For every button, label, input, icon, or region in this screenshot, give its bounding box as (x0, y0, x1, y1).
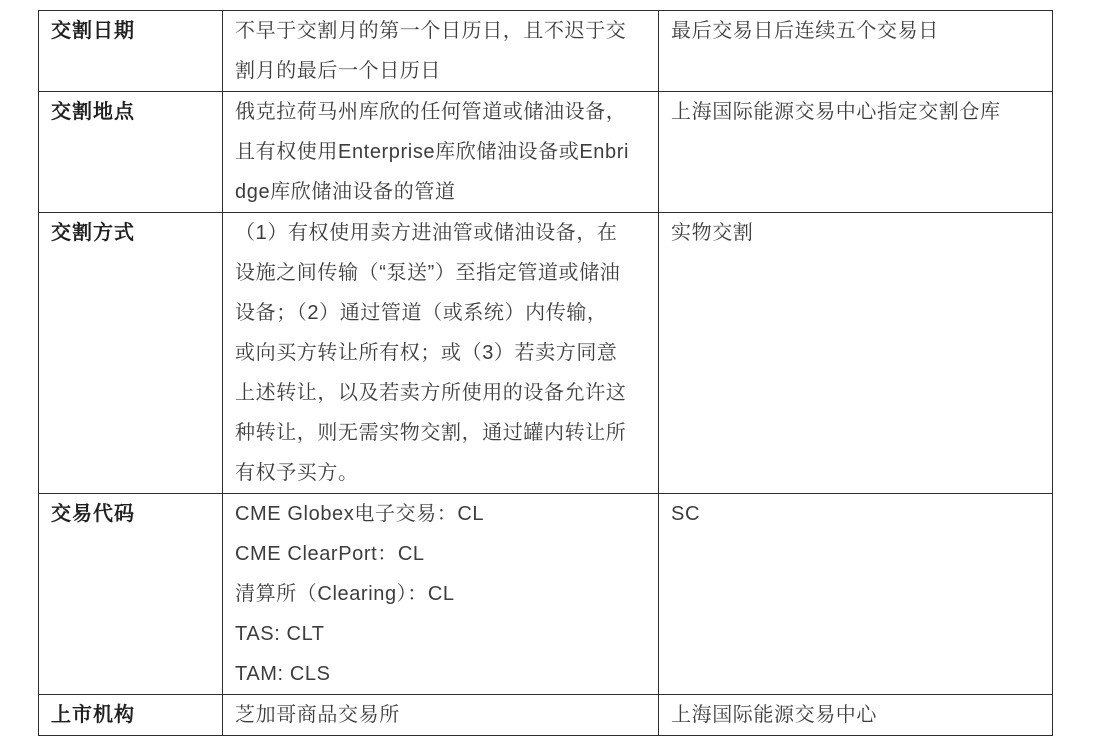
row-label: 上市机构 (51, 695, 210, 735)
row-label: 交割地点 (51, 92, 210, 132)
table-row-delivery-date: 交割日期 不早于交割月的第一个日历日，且不迟于交 割月的最后一个日历日 最后交易… (39, 11, 1053, 92)
text-line: 清算所（Clearing）：CL (235, 574, 646, 614)
row-label: 交割方式 (51, 213, 210, 253)
text-line: 设备；（2）通过管道（或系统）内传输， (235, 293, 646, 333)
text-line: 最后交易日后连续五个交易日 (671, 11, 1040, 51)
text-line: （1）有权使用卖方进油管或储油设备，在 (235, 213, 646, 253)
col3-cell: SC (659, 494, 1053, 695)
col2-cell: 芝加哥商品交易所 (223, 695, 659, 736)
row-label: 交易代码 (51, 494, 210, 534)
text-line: SC (671, 494, 1040, 534)
row-label: 交割日期 (51, 11, 210, 51)
col3-cell: 最后交易日后连续五个交易日 (659, 11, 1053, 92)
row-label-cell: 交易代码 (39, 494, 223, 695)
text-line: 割月的最后一个日历日 (235, 51, 646, 91)
col3-cell: 实物交割 (659, 213, 1053, 494)
col3-cell: 上海国际能源交易中心 (659, 695, 1053, 736)
table-row-delivery-place: 交割地点 俄克拉荷马州库欣的任何管道或储油设备， 且有权使用Enterprise… (39, 92, 1053, 213)
text-line: 不早于交割月的第一个日历日，且不迟于交 (235, 11, 646, 51)
text-line: 上述转让，以及若卖方所使用的设备允许这 (235, 373, 646, 413)
contract-spec-table: 交割日期 不早于交割月的第一个日历日，且不迟于交 割月的最后一个日历日 最后交易… (38, 10, 1053, 736)
text-line: TAM: CLS (235, 654, 646, 694)
row-label-cell: 交割日期 (39, 11, 223, 92)
text-line: 实物交割 (671, 213, 1040, 253)
text-line: 设施之间传输（“泵送”）至指定管道或储油 (235, 253, 646, 293)
row-label-cell: 交割方式 (39, 213, 223, 494)
col3-cell: 上海国际能源交易中心指定交割仓库 (659, 92, 1053, 213)
row-label-cell: 上市机构 (39, 695, 223, 736)
text-line: TAS: CLT (235, 614, 646, 654)
col2-cell: CME Globex电子交易：CL CME ClearPort：CL 清算所（C… (223, 494, 659, 695)
text-line: 或向买方转让所有权；或（3）若卖方同意 (235, 333, 646, 373)
text-line: dge库欣储油设备的管道 (235, 172, 646, 212)
table-row-listing-exchange: 上市机构 芝加哥商品交易所 上海国际能源交易中心 (39, 695, 1053, 736)
text-line: 且有权使用Enterprise库欣储油设备或Enbri (235, 132, 646, 172)
text-line: 上海国际能源交易中心 (671, 695, 1040, 735)
col2-cell: （1）有权使用卖方进油管或储油设备，在 设施之间传输（“泵送”）至指定管道或储油… (223, 213, 659, 494)
table-row-delivery-method: 交割方式 （1）有权使用卖方进油管或储油设备，在 设施之间传输（“泵送”）至指定… (39, 213, 1053, 494)
text-line: 俄克拉荷马州库欣的任何管道或储油设备， (235, 92, 646, 132)
text-line: 种转让，则无需实物交割，通过罐内转让所 (235, 413, 646, 453)
text-line: CME Globex电子交易：CL (235, 494, 646, 534)
col2-cell: 不早于交割月的第一个日历日，且不迟于交 割月的最后一个日历日 (223, 11, 659, 92)
document-page: 交割日期 不早于交割月的第一个日历日，且不迟于交 割月的最后一个日历日 最后交易… (0, 0, 1100, 747)
text-line: CME ClearPort：CL (235, 534, 646, 574)
col2-cell: 俄克拉荷马州库欣的任何管道或储油设备， 且有权使用Enterprise库欣储油设… (223, 92, 659, 213)
text-line: 有权予买方。 (235, 453, 646, 493)
row-label-cell: 交割地点 (39, 92, 223, 213)
table-row-ticker-symbol: 交易代码 CME Globex电子交易：CL CME ClearPort：CL … (39, 494, 1053, 695)
text-line: 芝加哥商品交易所 (235, 695, 646, 735)
text-line: 上海国际能源交易中心指定交割仓库 (671, 92, 1040, 132)
